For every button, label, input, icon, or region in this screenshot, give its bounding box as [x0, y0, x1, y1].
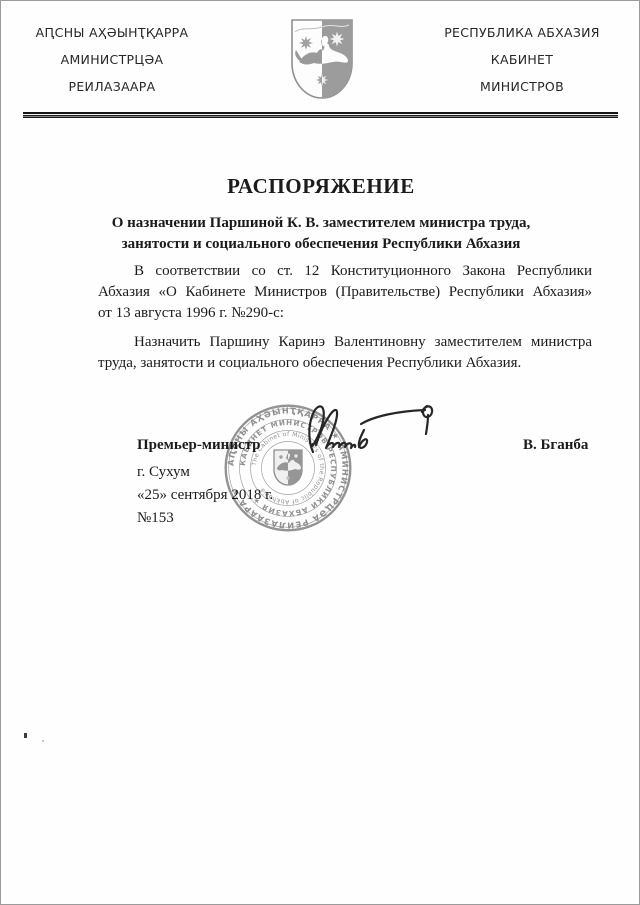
paragraph-gap	[98, 324, 592, 332]
letterhead-line: КАБИНЕТ	[429, 46, 615, 73]
subject-line: занятости и социального обеспечения Респ…	[101, 234, 541, 255]
body-line: Абхазия «О Кабинете Министров (Правитель…	[98, 282, 592, 303]
document-body: В соответствии со ст. 12 Конституционног…	[98, 261, 592, 374]
scan-artifact-speck	[42, 740, 44, 742]
letterhead-line: АМИНИСТРЦӘА	[19, 46, 205, 73]
letterhead-line: АԤСНЫ АҲӘЫНҬҚАРРА	[19, 19, 205, 46]
document-number: №153	[137, 510, 174, 527]
body-line: труда, занятости и социального обеспечен…	[98, 353, 592, 374]
document-subject: О назначении Паршиной К. В. заместителем…	[101, 213, 541, 254]
scan-artifact-speck	[24, 733, 27, 738]
signatory-name: В. Бганба	[523, 437, 588, 454]
body-line: от 13 августа 1996 г. №290-с:	[98, 303, 592, 324]
letterhead-line: РЕИЛАЗААРА	[19, 73, 205, 100]
letterhead-abkhaz: АԤСНЫ АҲӘЫНҬҚАРРА АМИНИСТРЦӘА РЕИЛАЗААРА	[19, 19, 205, 100]
subject-line: О назначении Паршиной К. В. заместителем…	[101, 213, 541, 234]
abkhazia-coat-of-arms-icon	[289, 17, 355, 101]
scanned-decree-page: АԤСНЫ АҲӘЫНҬҚАРРА АМИНИСТРЦӘА РЕИЛАЗААРА	[0, 0, 640, 905]
body-line: Назначить Паршину Каринэ Валентиновну за…	[98, 332, 592, 353]
document-title: РАСПОРЯЖЕНИЕ	[1, 176, 640, 197]
letterhead-line: МИНИСТРОВ	[429, 73, 615, 100]
signature-autograph	[304, 400, 449, 462]
body-line: В соответствии со ст. 12 Конституционног…	[98, 261, 592, 282]
letterhead-russian: РЕСПУБЛИКА АБХАЗИЯ КАБИНЕТ МИНИСТРОВ	[429, 19, 615, 100]
letterhead-divider-rule	[23, 112, 618, 118]
stamp-center-shield	[274, 446, 304, 488]
issue-place: г. Сухум	[137, 464, 190, 481]
letterhead-line: РЕСПУБЛИКА АБХАЗИЯ	[429, 19, 615, 46]
